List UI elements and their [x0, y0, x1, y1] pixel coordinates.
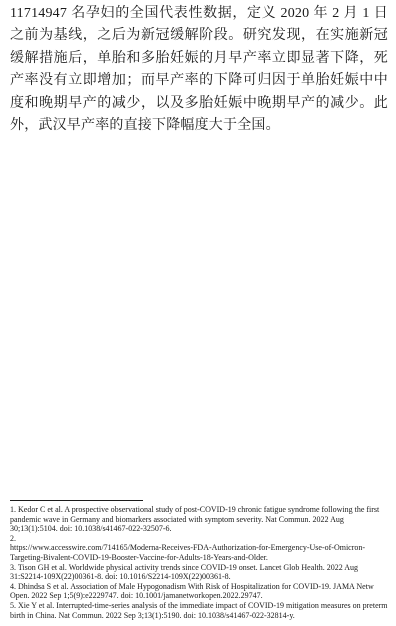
footnote-3: 3. Tison GH et al. Worldwide physical ac… — [10, 563, 389, 582]
footnote-2: 2. https://www.accesswire.com/714165/Mod… — [10, 534, 389, 563]
footnote-separator — [10, 500, 143, 501]
footnote-section: 1. Kedor C et al. A prospective observat… — [10, 500, 389, 620]
footnote-1: 1. Kedor C et al. A prospective observat… — [10, 505, 389, 534]
footnote-4: 4. Dhindsa S et al. Association of Male … — [10, 582, 389, 601]
footnote-5: 5. Xie Y et al. Interrupted-time-series … — [10, 601, 389, 620]
document-page: 11714947 名孕妇的全国代表性数据，定义 2020 年 2 月 1 日之前… — [0, 0, 396, 626]
body-paragraph: 11714947 名孕妇的全国代表性数据，定义 2020 年 2 月 1 日之前… — [10, 3, 388, 137]
